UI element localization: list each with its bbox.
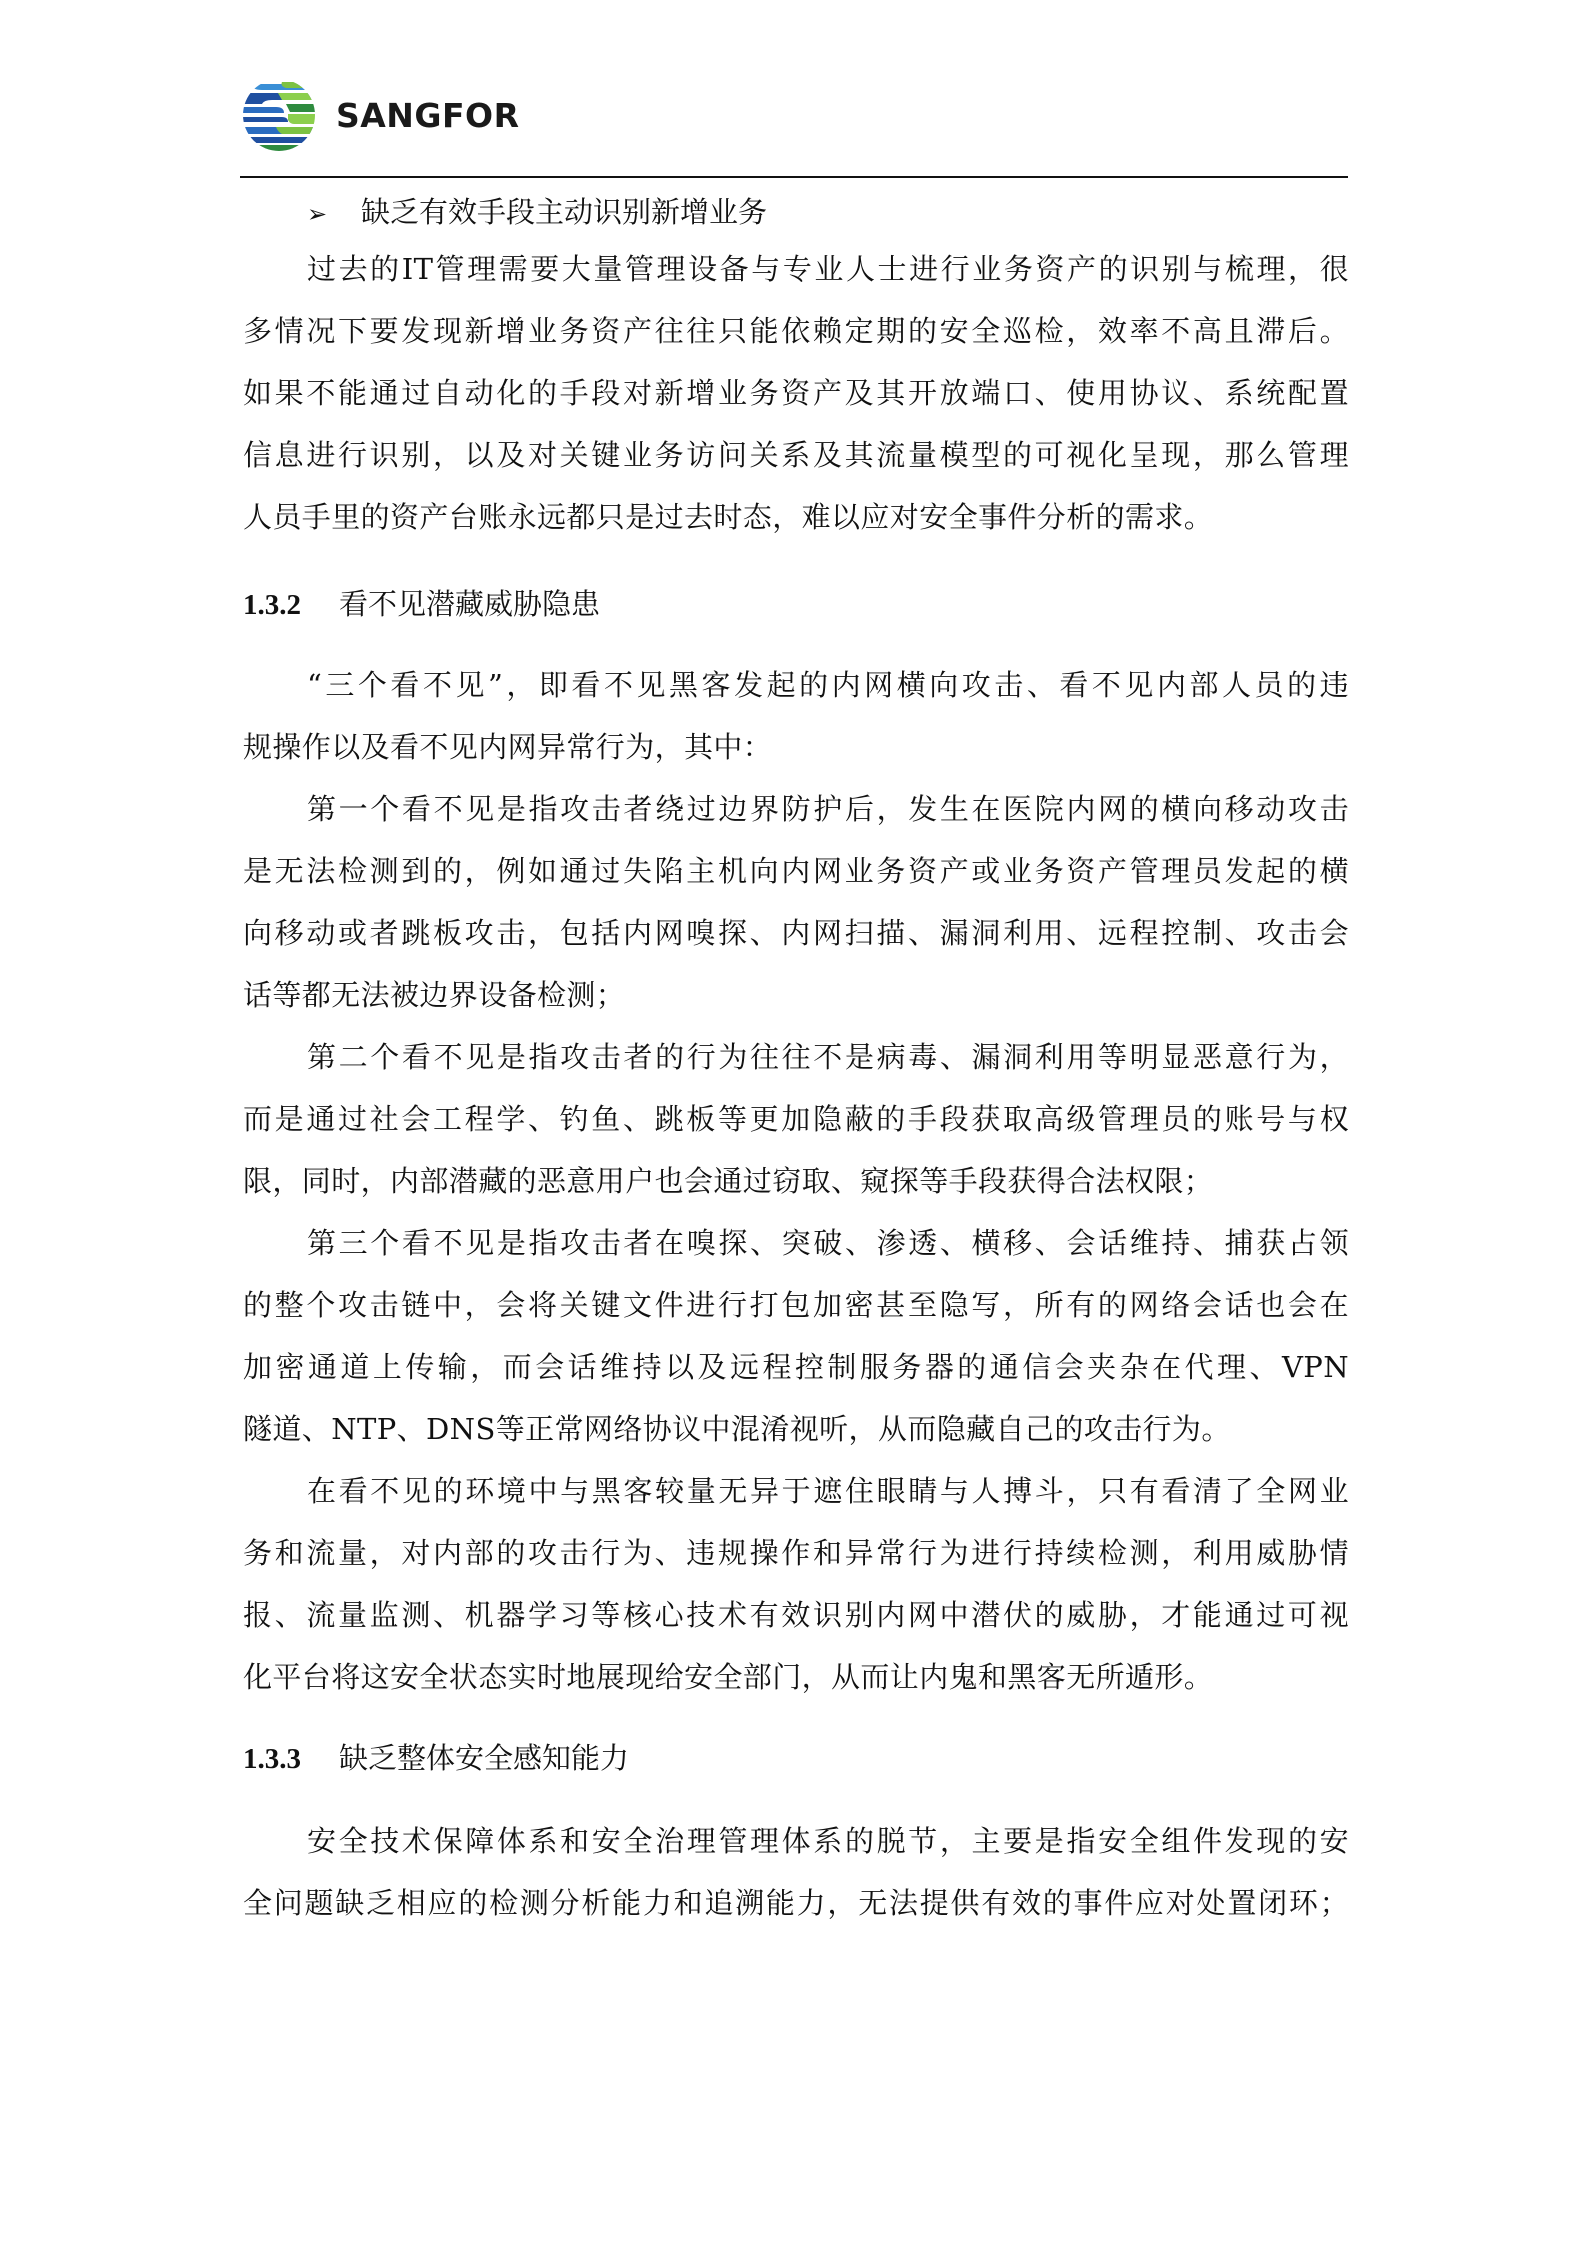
text-line: 话等都无法被边界设备检测； [243,964,1349,1026]
text-line: 安全技术保障体系和安全治理管理体系的脱节，主要是指安全组件发现的安 [243,1810,1349,1872]
section-title: 缺乏整体安全感知能力 [339,1741,629,1775]
text-line: 人员手里的资产台账永远都只是过去时态，难以应对安全事件分析的需求。 [243,486,1349,548]
text-line: 加密通道上传输，而会话维持以及远程控制服务器的通信会夹杂在代理、VPN [243,1336,1349,1398]
text-line: 第二个看不见是指攻击者的行为往往不是病毒、漏洞利用等明显恶意行为， [243,1026,1349,1088]
text-line: 是无法检测到的，例如通过失陷主机向内网业务资产或业务资产管理员发起的横 [243,840,1349,902]
text-line: 信息进行识别，以及对关键业务访问关系及其流量模型的可视化呈现，那么管理 [243,424,1349,486]
text-line: 限，同时，内部潜藏的恶意用户也会通过窃取、窥探等手段获得合法权限； [243,1150,1349,1212]
text-line: 规操作以及看不见内网异常行为，其中： [243,716,1349,778]
text-line: 务和流量，对内部的攻击行为、违规操作和异常行为进行持续检测，利用威胁情 [243,1522,1349,1584]
paragraph-first-invisible: 第一个看不见是指攻击者绕过边界防护后，发生在医院内网的横向移动攻击 是无法检测到… [243,778,1349,1026]
paragraph-third-invisible: 第三个看不见是指攻击者在嗅探、突破、渗透、横移、会话维持、捕获占领 的整个攻击链… [243,1212,1349,1460]
section-title: 看不见潜藏威胁隐患 [339,587,600,621]
text-line: 而是通过社会工程学、钓鱼、跳板等更加隐蔽的手段获取高级管理员的账号与权 [243,1088,1349,1150]
section-number: 1.3.2 [243,579,339,631]
text-line: 的整个攻击链中，会将关键文件进行打包加密甚至隐写，所有的网络会话也会在 [243,1274,1349,1336]
text-line: 全问题缺乏相应的检测分析能力和追溯能力，无法提供有效的事件应对处置闭环； [243,1872,1349,1934]
text-line: 化平台将这安全状态实时地展现给安全部门，从而让内鬼和黑客无所遁形。 [243,1646,1349,1708]
bullet-heading: ➢缺乏有效手段主动识别新增业务 [307,186,767,238]
bullet-heading-text: 缺乏有效手段主动识别新增业务 [361,195,767,229]
text-line: 在看不见的环境中与黑客较量无异于遮住眼睛与人搏斗，只有看清了全网业 [243,1460,1349,1522]
section-heading-1-3-2: 1.3.2看不见潜藏威胁隐患 [243,578,600,630]
sangfor-globe-logo-icon [242,78,316,152]
text-line: 向移动或者跳板攻击，包括内网嗅探、内网扫描、漏洞利用、远程控制、攻击会 [243,902,1349,964]
section-heading-1-3-3: 1.3.3缺乏整体安全感知能力 [243,1732,629,1784]
text-line: 如果不能通过自动化的手段对新增业务资产及其开放端口、使用协议、系统配置 [243,362,1349,424]
text-line: “三个看不见”，即看不见黑客发起的内网横向攻击、看不见内部人员的违 [243,654,1349,716]
arrow-bullet-icon: ➢ [307,188,361,240]
text-line: 第一个看不见是指攻击者绕过边界防护后，发生在医院内网的横向移动攻击 [243,778,1349,840]
brand-name: SANGFOR [336,96,520,135]
page-header: SANGFOR [240,76,1348,178]
header-divider [240,176,1348,178]
section-number: 1.3.3 [243,1733,339,1785]
text-line: 第三个看不见是指攻击者在嗅探、突破、渗透、横移、会话维持、捕获占领 [243,1212,1349,1274]
text-line: 过去的IT管理需要大量管理设备与专业人士进行业务资产的识别与梳理，很 [243,238,1349,300]
text-line: 隧道、NTP、DNS等正常网络协议中混淆视听，从而隐藏自己的攻击行为。 [243,1398,1349,1460]
paragraph-new-business: 过去的IT管理需要大量管理设备与专业人士进行业务资产的识别与梳理，很 多情况下要… [243,238,1349,548]
paragraph-second-invisible: 第二个看不见是指攻击者的行为往往不是病毒、漏洞利用等明显恶意行为， 而是通过社会… [243,1026,1349,1212]
paragraph-security-awareness: 安全技术保障体系和安全治理管理体系的脱节，主要是指安全组件发现的安 全问题缺乏相… [243,1810,1349,1934]
text-line: 报、流量监测、机器学习等核心技术有效识别内网中潜伏的威胁，才能通过可视 [243,1584,1349,1646]
text-line: 多情况下要发现新增业务资产往往只能依赖定期的安全巡检，效率不高且滞后。 [243,300,1349,362]
paragraph-three-invisibles: “三个看不见”，即看不见黑客发起的内网横向攻击、看不见内部人员的违 规操作以及看… [243,654,1349,778]
paragraph-conclusion: 在看不见的环境中与黑客较量无异于遮住眼睛与人搏斗，只有看清了全网业 务和流量，对… [243,1460,1349,1708]
document-page: SANGFOR ➢缺乏有效手段主动识别新增业务 过去的IT管理需要大量管理设备与… [0,0,1586,2245]
